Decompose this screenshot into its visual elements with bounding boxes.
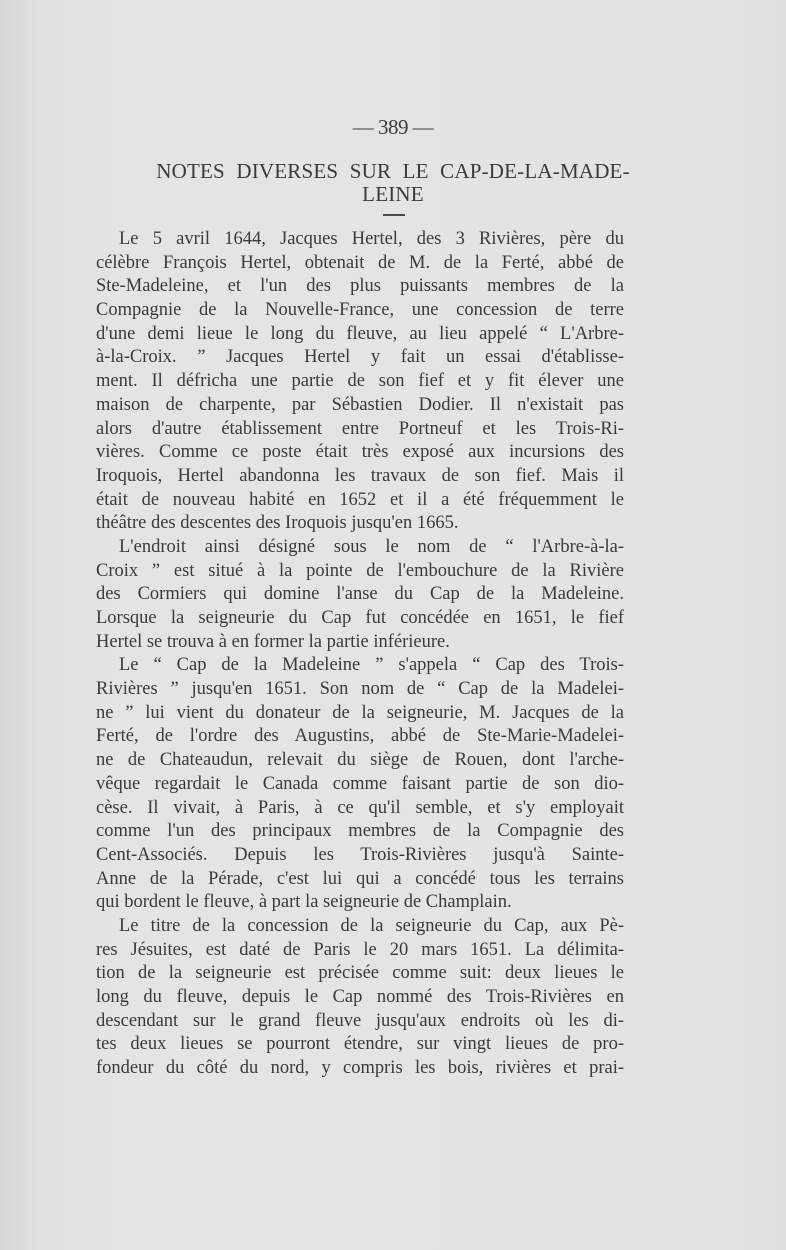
text-line: Ferté, de l'ordre des Augustins, abbé de… [96, 725, 624, 749]
text-line: L'endroit ainsi désigné sous le nom de “… [96, 536, 624, 560]
text-line: d'une demi lieue le long du fleuve, au l… [96, 323, 624, 347]
text-line: ne de Chateaudun, relevait du siège de R… [96, 749, 624, 773]
text-line: théâtre des descentes des Iroquois jusqu… [96, 512, 624, 536]
text-line: célèbre François Hertel, obtenait de M. … [96, 252, 624, 276]
text-line: long du fleuve, depuis le Cap nommé des … [96, 986, 624, 1010]
page-title: NOTES DIVERSES SUR LE CAP-DE-LA-MADE- LE… [96, 160, 690, 206]
title-line-2: LEINE [96, 183, 690, 206]
text-line: ment. Il défricha une partie de son fief… [96, 370, 624, 394]
text-line: Iroquois, Hertel abandonna les travaux d… [96, 465, 624, 489]
text-line: à-la-Croix. ” Jacques Hertel y fait un e… [96, 346, 624, 370]
paragraph-2: L'endroit ainsi désigné sous le nom de “… [96, 536, 624, 654]
text-line: comme l'un des principaux membres de la … [96, 820, 624, 844]
text-line: Le 5 avril 1644, Jacques Hertel, des 3 R… [96, 228, 624, 252]
paragraph-3: Le “ Cap de la Madeleine ” s'appela “ Ca… [96, 654, 624, 915]
text-line: Cent-Associés. Depuis les Trois-Rivières… [96, 844, 624, 868]
text-line: Hertel se trouva à en former la partie i… [96, 631, 624, 655]
body-text: Le 5 avril 1644, Jacques Hertel, des 3 R… [96, 228, 624, 1081]
text-line: cèse. Il vivait, à Paris, à ce qu'il sem… [96, 797, 624, 821]
paragraph-4: Le titre de la concession de la seigneur… [96, 915, 624, 1081]
text-line: vêque regardait le Canada comme faisant … [96, 773, 624, 797]
text-line: Anne de la Pérade, c'est lui qui a concé… [96, 868, 624, 892]
text-line: tion de la seigneurie est précisée comme… [96, 962, 624, 986]
text-line: Le titre de la concession de la seigneur… [96, 915, 624, 939]
text-line: res Jésuites, est daté de Paris le 20 ma… [96, 939, 624, 963]
text-line: Compagnie de la Nouvelle-France, une con… [96, 299, 624, 323]
text-line: Ste-Madeleine, et l'un des plus puissant… [96, 275, 624, 299]
text-line: vières. Comme ce poste était très exposé… [96, 441, 624, 465]
scanned-page: — 389 — NOTES DIVERSES SUR LE CAP-DE-LA-… [0, 0, 786, 1250]
text-line: qui bordent le fleuve, à part la seigneu… [96, 891, 624, 915]
title-divider [383, 214, 405, 216]
text-line: Rivières ” jusqu'en 1651. Son nom de “ C… [96, 678, 624, 702]
text-line: des Cormiers qui domine l'anse du Cap de… [96, 583, 624, 607]
text-line: alors d'autre établissement entre Portne… [96, 418, 624, 442]
text-line: tes deux lieues se pourront étendre, sur… [96, 1033, 624, 1057]
text-line: Lorsque la seigneurie du Cap fut concédé… [96, 607, 624, 631]
text-line: fondeur du côté du nord, y compris les b… [96, 1057, 624, 1081]
title-line-1: NOTES DIVERSES SUR LE CAP-DE-LA-MADE- [96, 160, 690, 183]
text-line: Croix ” est situé à la pointe de l'embou… [96, 560, 624, 584]
text-line: maison de charpente, par Sébastien Dodie… [96, 394, 624, 418]
paragraph-1: Le 5 avril 1644, Jacques Hertel, des 3 R… [96, 228, 624, 536]
text-line: était de nouveau habité en 1652 et il a … [96, 489, 624, 513]
page-number: — 389 — [0, 115, 786, 140]
text-line: ne ” lui vient du donateur de la seigneu… [96, 702, 624, 726]
text-line: descendant sur le grand fleuve jusqu'aux… [96, 1010, 624, 1034]
text-line: Le “ Cap de la Madeleine ” s'appela “ Ca… [96, 654, 624, 678]
